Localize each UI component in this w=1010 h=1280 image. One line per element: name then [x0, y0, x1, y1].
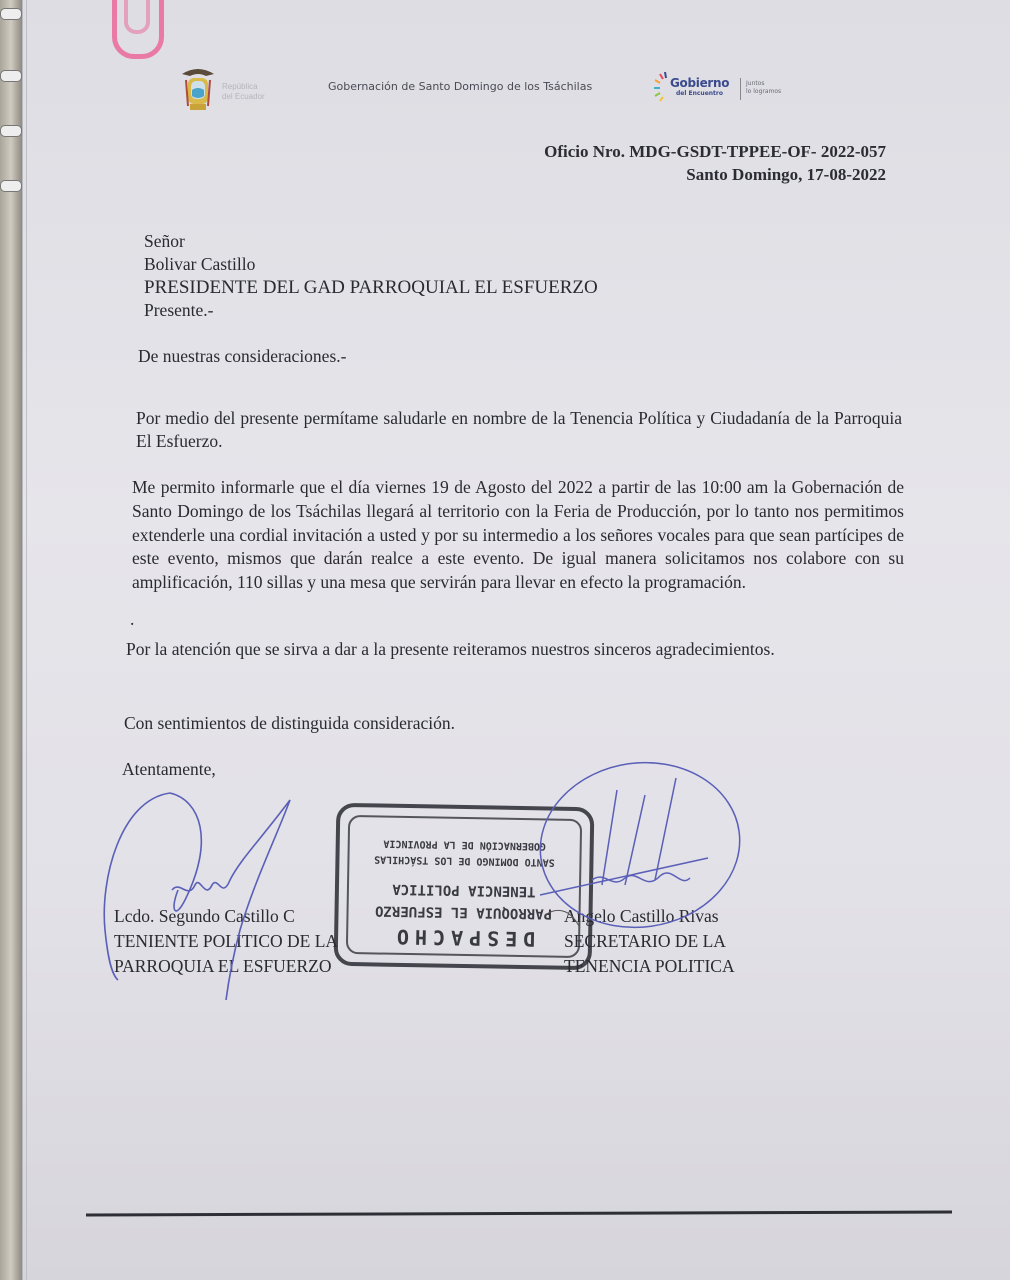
recipient-name: Bolivar Castillo	[144, 253, 598, 276]
republic-line: del Ecuador	[222, 92, 265, 102]
signatory-right: Angelo Castillo Rivas SECRETARIO DE LA T…	[564, 904, 735, 979]
regards-line: Atentamente,	[122, 758, 216, 781]
gobierno-rays-icon	[652, 70, 670, 104]
stray-dot: .	[130, 608, 134, 631]
signatory-right-name: Angelo Castillo Rivas	[564, 904, 735, 929]
closing-line: Con sentimientos de distinguida consider…	[124, 712, 455, 735]
republic-label: República del Ecuador	[222, 82, 265, 102]
stamp-line-despacho: DESPACHO	[338, 924, 588, 952]
paragraph-greeting: Por medio del presente permítame saludar…	[136, 407, 902, 453]
binder-ring	[0, 180, 22, 192]
document-reference-number: Oficio Nro. MDG-GSDT-TPPEE-OF- 2022-057	[544, 142, 886, 162]
gobierno-logo: Gobierno del Encuentro Juntos lo logramo…	[652, 68, 802, 104]
motto-line: Juntos	[746, 80, 781, 88]
binder-rings	[0, 0, 22, 1280]
opening-line: De nuestras consideraciones.-	[138, 345, 346, 368]
signatory-right-role1: SECRETARIO DE LA	[564, 929, 735, 954]
institution-name: Gobernación de Santo Domingo de los Tsác…	[328, 80, 592, 93]
republic-line: República	[222, 82, 265, 92]
recipient-title: PRESIDENTE DEL GAD PARROQUIAL EL ESFUERZ…	[144, 276, 598, 299]
binder-ring	[0, 8, 22, 20]
binder-ring	[0, 70, 22, 82]
recipient-salutation: Señor	[144, 230, 598, 253]
page-edge	[26, 0, 27, 1280]
signatory-left-role1: TENIENTE POLITICO DE LA	[114, 929, 338, 954]
gobierno-motto: Juntos lo logramos	[746, 80, 781, 96]
motto-line: lo logramos	[746, 88, 781, 96]
binder-ring	[0, 125, 22, 137]
paper-clip-inner	[124, 0, 150, 34]
recipient-presente: Presente.-	[144, 299, 598, 322]
gobierno-sub: del Encuentro	[676, 90, 723, 97]
coat-of-arms-icon	[178, 66, 218, 118]
paragraph-thanks: Por la atención que se sirva a dar a la …	[126, 638, 912, 661]
logo-divider	[740, 78, 741, 100]
despacho-stamp: DESPACHO PARROQUIA EL ESFUERZO TENENCIA …	[334, 803, 595, 970]
paragraph-invitation: Me permito informarle que el día viernes…	[132, 476, 904, 595]
letterhead: República del Ecuador Gobernación de San…	[178, 62, 818, 122]
signatory-right-role2: TENENCIA POLITICA	[564, 954, 735, 979]
signatory-left: Lcdo. Segundo Castillo C TENIENTE POLITI…	[114, 904, 338, 979]
gobierno-word: Gobierno	[670, 76, 729, 90]
signatory-left-name: Lcdo. Segundo Castillo C	[114, 904, 338, 929]
place-and-date: Santo Domingo, 17-08-2022	[686, 165, 886, 185]
recipient-block: Señor Bolivar Castillo PRESIDENTE DEL GA…	[144, 230, 598, 322]
signatory-left-role2: PARROQUIA EL ESFUERZO	[114, 954, 338, 979]
